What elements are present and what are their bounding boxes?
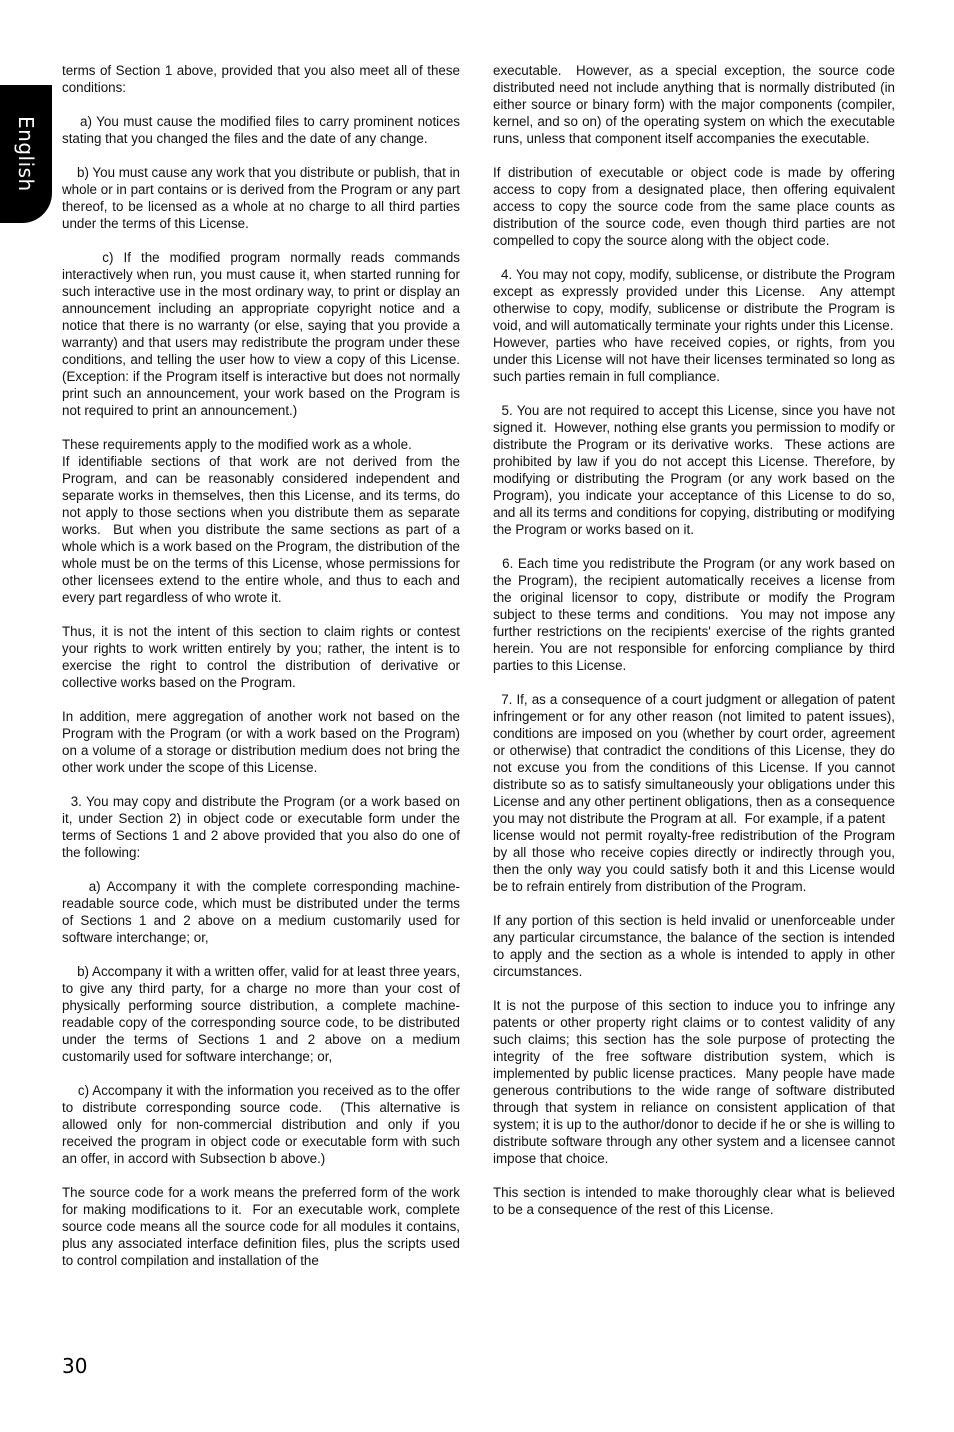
page-number: 30 [62,1354,87,1378]
paragraph: 7. If, as a consequence of a court judgm… [493,691,895,895]
paragraph: If distribution of executable or object … [493,164,895,249]
language-tab-label: English [14,116,38,192]
paragraph: a) You must cause the modified files to … [62,113,460,147]
paragraph: 6. Each time you redistribute the Progra… [493,555,895,674]
paragraph: b) Accompany it with a written offer, va… [62,963,460,1065]
paragraph: Thus, it is not the intent of this secti… [62,623,460,691]
paragraph: In addition, mere aggregation of another… [62,708,460,776]
right-column: executable. However, as a special except… [493,62,895,1286]
paragraph: c) Accompany it with the information you… [62,1082,460,1167]
paragraph: It is not the purpose of this section to… [493,997,895,1167]
left-column: terms of Section 1 above, provided that … [62,62,460,1286]
paragraph: 4. You may not copy, modify, sublicense,… [493,266,895,385]
license-text: terms of Section 1 above, provided that … [62,62,895,1286]
paragraph: terms of Section 1 above, provided that … [62,62,460,96]
paragraph: c) If the modified program normally read… [62,249,460,419]
paragraph: This section is intended to make thoroug… [493,1184,895,1218]
paragraph: b) You must cause any work that you dist… [62,164,460,232]
paragraph: a) Accompany it with the complete corres… [62,878,460,946]
paragraph: executable. However, as a special except… [493,62,895,147]
paragraph: These requirements apply to the modified… [62,436,460,606]
paragraph: 5. You are not required to accept this L… [493,402,895,538]
paragraph: If any portion of this section is held i… [493,912,895,980]
paragraph: 3. You may copy and distribute the Progr… [62,793,460,861]
document-page: English terms of Section 1 above, provid… [0,0,954,1432]
language-tab: English [0,85,52,223]
paragraph: The source code for a work means the pre… [62,1184,460,1269]
